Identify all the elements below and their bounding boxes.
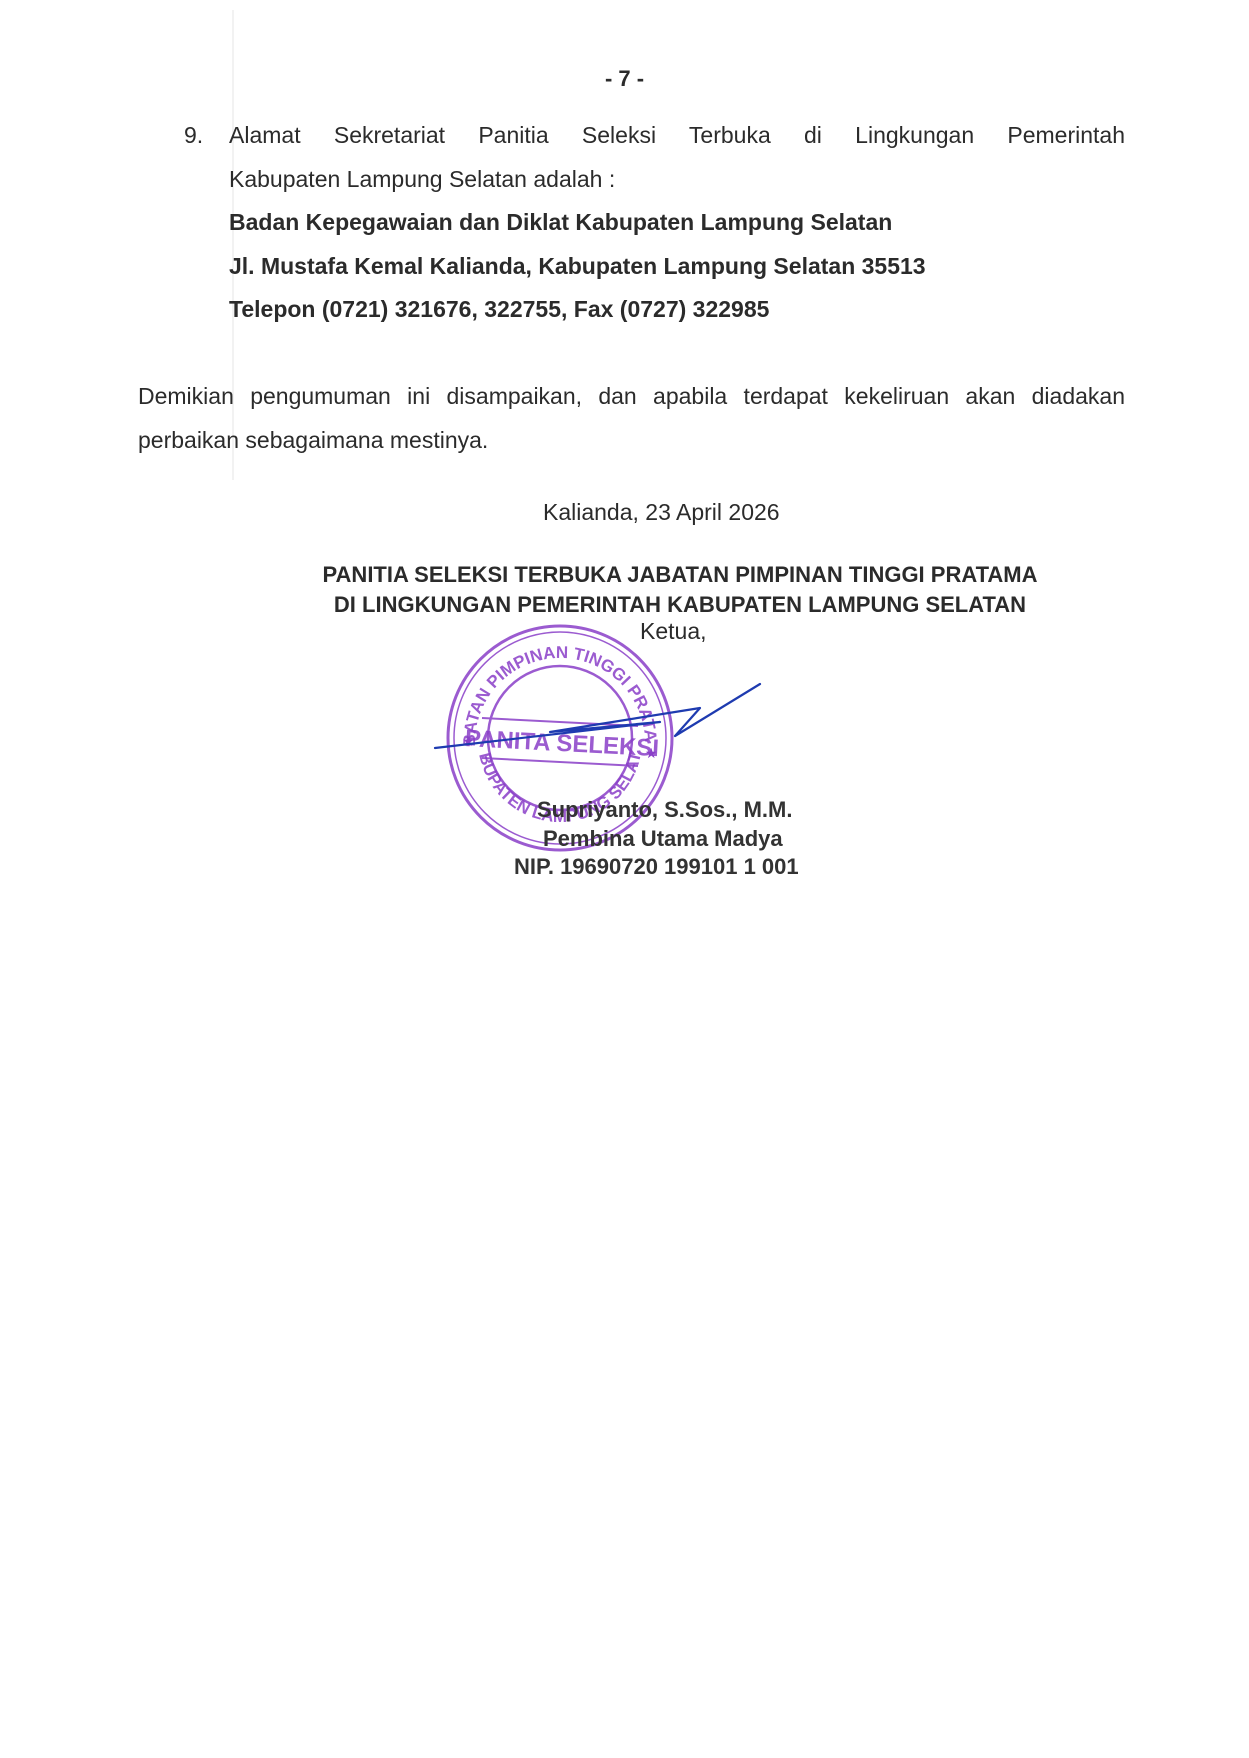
place-date: Kalianda, 23 April 2026 [543, 498, 780, 526]
address-street: Jl. Mustafa Kemal Kalianda, Kabupaten La… [229, 252, 926, 280]
signatory-nip: NIP. 19690720 199101 1 001 [514, 854, 799, 880]
item-intro-line2: Kabupaten Lampung Selatan adalah : [229, 165, 615, 193]
address-institution: Badan Kepegawaian dan Diklat Kabupaten L… [229, 208, 892, 236]
signatory-rank: Pembina Utama Madya [543, 826, 783, 852]
page-number: - 7 - [0, 66, 1249, 92]
address-phone: Telepon (0721) 321676, 322755, Fax (0727… [229, 295, 769, 323]
signature-icon [430, 670, 770, 750]
committee-title-line2: DI LINGKUNGAN PEMERINTAH KABUPATEN LAMPU… [250, 590, 1110, 620]
signatory-name: Supriyanto, S.Sos., M.M. [537, 797, 792, 823]
closing-line1: Demikian pengumuman ini disampaikan, dan… [138, 382, 1125, 410]
closing-line2: perbaikan sebagaimana mestinya. [138, 426, 488, 454]
item-number: 9. [184, 122, 203, 149]
committee-title-line1: PANITIA SELEKSI TERBUKA JABATAN PIMPINAN… [250, 560, 1110, 590]
item-intro-line1: Alamat Sekretariat Panitia Seleksi Terbu… [229, 121, 1125, 149]
